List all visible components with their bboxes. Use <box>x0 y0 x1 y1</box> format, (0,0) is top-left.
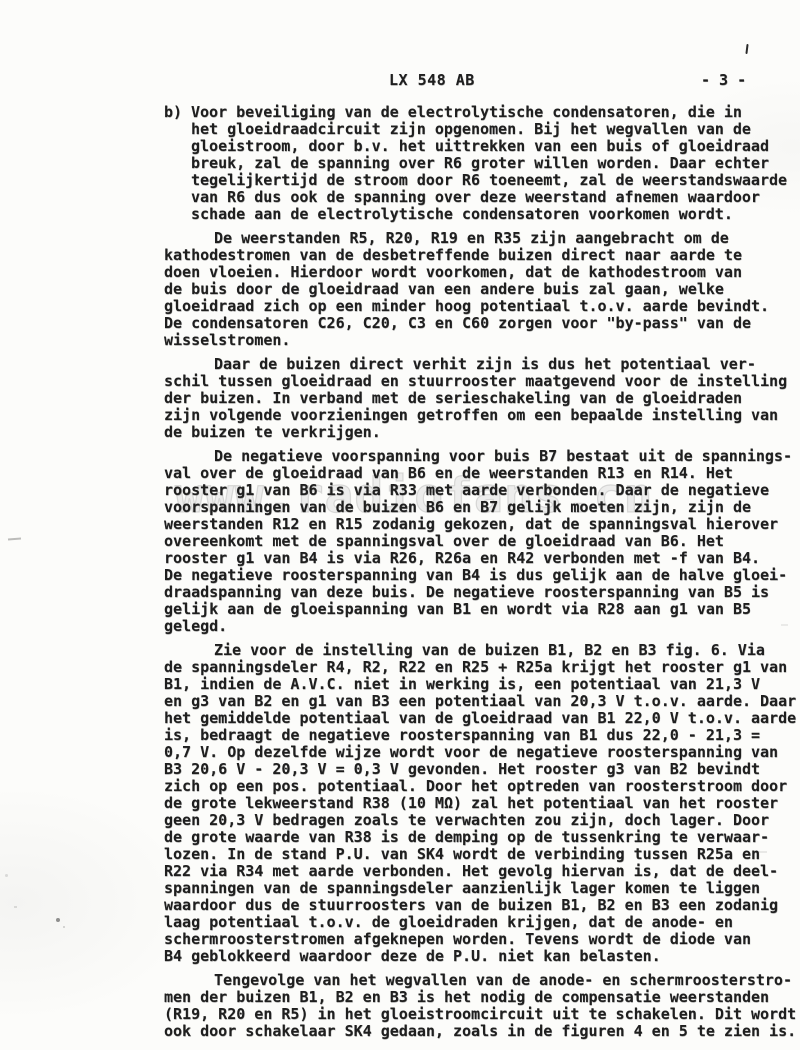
text-line: de spanningsdeler R4, R2, R22 en R25 + R… <box>164 659 800 676</box>
text-line: spanningen van de spanningsdeler aanzien… <box>164 880 800 897</box>
text-line: overeenkomt met de spanningsval over de … <box>164 533 800 550</box>
ink-speck <box>63 926 65 928</box>
text-line: gloeidraad zich op een minder hoog poten… <box>164 298 800 315</box>
text-line: Daar de buizen direct verhit zijn is dus… <box>164 356 800 373</box>
text-line: het gemiddelde potentiaal van de gloeidr… <box>164 710 800 727</box>
text-line: schil tussen gloeidraad en stuurrooster … <box>164 373 800 390</box>
text-line: doen vloeien. Hierdoor wordt voorkomen, … <box>164 264 800 281</box>
text-line: rooster g1 van B6 is via R33 met aarde v… <box>164 482 800 499</box>
text-line: B1, indien de A.V.C. niet in werking is,… <box>164 676 800 693</box>
paragraph: Tengevolge van het wegvallen van de anod… <box>164 972 800 1040</box>
paragraph: Zie voor de instelling van de buizen B1,… <box>164 642 800 965</box>
text-line: schermroosterstromen afgeknepen worden. … <box>164 931 800 948</box>
text-line: der buizen. In verband met de serieschak… <box>164 390 800 407</box>
text-line: lozen. In de stand P.U. van SK4 wordt de… <box>164 846 800 863</box>
text-line: de buis door de gloeidraad van een ander… <box>164 281 800 298</box>
text-line: De negatieve roosterspanning van B4 is d… <box>164 567 800 584</box>
text-line: (R19, R20 en R5) in het gloeistroomcircu… <box>164 1006 800 1023</box>
scanned-document-page: www.radiofans.cn LX 548 AB - 3 - b)Voor … <box>0 0 800 1050</box>
text-line: tegelijkertijd de stroom door R6 toeneem… <box>191 172 800 189</box>
text-line: zijn volgende voorzieningen getroffen om… <box>164 407 800 424</box>
text-line: B3 20,6 V - 20,3 V = 0,3 V gevonden. Het… <box>164 761 800 778</box>
document-body: b)Voor beveiliging van de electrolytisch… <box>164 104 800 1040</box>
text-line: waardoor dus de stuurroosters van de bui… <box>164 897 800 914</box>
text-line: Tengevolge van het wegvallen van de anod… <box>164 972 800 989</box>
paragraph: b)Voor beveiliging van de electrolytisch… <box>164 104 800 223</box>
text-line: geen 20,3 V bedragen zoals te verwachten… <box>164 812 800 829</box>
text-line: De condensatoren C26, C20, C3 en C60 zor… <box>164 315 800 332</box>
scan-smudge <box>758 851 767 853</box>
text-line: kathodestromen van de desbetreffende bui… <box>164 247 800 264</box>
page-number: - 3 - <box>701 72 746 89</box>
text-line: 0,7 V. Op dezelfde wijze wordt voor de n… <box>164 744 800 761</box>
text-line: Voor beveiliging van de electrolytische … <box>191 104 800 121</box>
scan-smudge <box>781 624 788 626</box>
pen-tick-mark <box>745 44 748 54</box>
ink-speck <box>5 874 8 877</box>
text-line: De negatieve voorspanning voor buis B7 b… <box>164 448 800 465</box>
text-line: het gloeidraadcircuit zijn opgenomen. Bi… <box>191 121 800 138</box>
paragraph: Daar de buizen direct verhit zijn is dus… <box>164 356 800 441</box>
text-line: zich op een pos. potentiaal. Door het op… <box>164 778 800 795</box>
text-line: B4 geblokkeerd waardoor deze de P.U. nie… <box>164 948 800 965</box>
text-line: gloeistroom, door b.v. het uittrekken va… <box>191 138 800 155</box>
text-line: de buizen te verkrijgen. <box>164 424 800 441</box>
document-reference: LX 548 AB <box>389 72 475 89</box>
text-line: men der buizen B1, B2 en B3 is het nodig… <box>164 989 800 1006</box>
paragraph: De negatieve voorspanning voor buis B7 b… <box>164 448 800 635</box>
list-item-marker: b) <box>164 104 182 121</box>
text-line: gelegd. <box>164 618 800 635</box>
text-line: rooster g1 van B4 is via R26, R26a en R4… <box>164 550 800 567</box>
ink-speck <box>14 906 17 908</box>
text-line: schade aan de electrolytische condensato… <box>191 206 800 223</box>
text-line: draadspanning van deze buis. De negatiev… <box>164 584 800 601</box>
text-line: val over de gloeidraad van B6 en de weer… <box>164 465 800 482</box>
text-line: is, bedraagt de negatieve roosterspannin… <box>164 727 800 744</box>
text-line: De weerstanden R5, R20, R19 en R35 zijn … <box>164 230 800 247</box>
text-line: breuk, zal de spanning over R6 groter wi… <box>191 155 800 172</box>
text-line: weerstanden R12 en R15 zodanig gekozen, … <box>164 516 800 533</box>
text-line: de grote lekweerstand R38 (10 MΩ) zal he… <box>164 795 800 812</box>
ink-speck <box>56 918 60 922</box>
text-line: Zie voor de instelling van de buizen B1,… <box>164 642 800 659</box>
paragraph: De weerstanden R5, R20, R19 en R35 zijn … <box>164 230 800 349</box>
text-line: ook door schakelaar SK4 gedaan, zoals in… <box>164 1023 800 1040</box>
text-line: laag potentiaal t.o.v. de gloeidraden kr… <box>164 914 800 931</box>
margin-dash-mark <box>8 538 21 541</box>
text-line: van R6 dus ook de spanning over deze wee… <box>191 189 800 206</box>
text-line: en g3 van B2 en g1 van B3 een potentiaal… <box>164 693 800 710</box>
text-line: de grote waarde van R38 is de demping op… <box>164 829 800 846</box>
text-line: wisselstromen. <box>164 332 800 349</box>
text-line: gelijk aan de gloeispanning van B1 en wo… <box>164 601 800 618</box>
text-line: voorspanningen van de buizen B6 en B7 ge… <box>164 499 800 516</box>
text-line: R22 via R34 met aarde verbonden. Het gev… <box>164 863 800 880</box>
